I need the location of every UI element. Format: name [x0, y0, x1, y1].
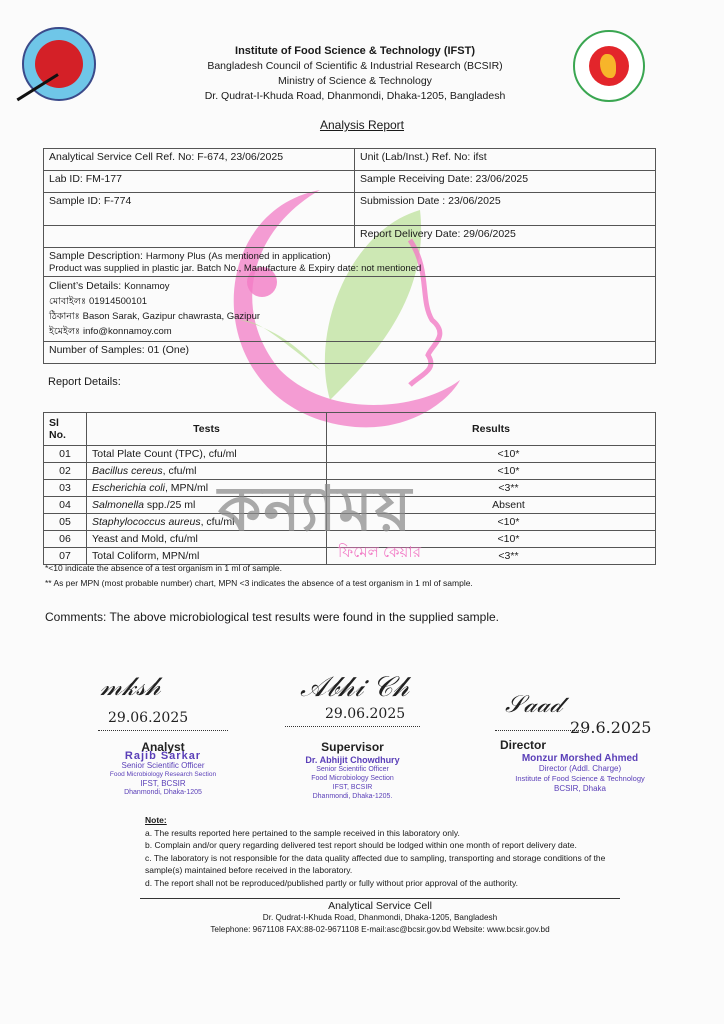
row-result: Absent — [327, 497, 656, 514]
note-b: b. Complain and/or query regarding deliv… — [145, 839, 615, 852]
report-title: Analysis Report — [0, 118, 724, 132]
footer-address: Dr. Qudrat-I-Khuda Road, Dhanmondi, Dhak… — [140, 912, 620, 924]
lab-id: Lab ID: FM-177 — [44, 171, 355, 193]
row-sl-no: 05 — [44, 514, 87, 531]
col-results: Results — [327, 413, 656, 446]
row-test: Salmonella spp./25 ml — [87, 497, 327, 514]
row-test: Total Plate Count (TPC), cfu/ml — [87, 446, 327, 463]
footer-contact: Telephone: 9671108 FAX:88-02-9671108 E-m… — [140, 924, 620, 936]
sample-id: Sample ID: F-774 — [44, 193, 355, 226]
row-result: <10* — [327, 531, 656, 548]
supervisor-stamp: Dr. Abhijit Chowdhury Senior Scientific … — [275, 756, 430, 801]
col-sl-no: SlNo. — [44, 413, 87, 446]
organism-name: Bacillus cereus — [92, 465, 163, 477]
col-tests: Tests — [87, 413, 327, 446]
row-sl-no: 06 — [44, 531, 87, 548]
notes-title: Note: — [145, 814, 615, 827]
unit-ref: Unit (Lab/Inst.) Ref. No: ifst — [355, 149, 656, 171]
result-row: 02Bacillus cereus, cfu/ml<10* — [44, 463, 656, 480]
client-name: Konnamoy — [124, 281, 169, 292]
row-test: Escherichia coli, MPN/ml — [87, 480, 327, 497]
row-result: <10* — [327, 514, 656, 531]
row-result: <3** — [327, 548, 656, 565]
row-test: Staphylococcus aureus, cfu/ml — [87, 514, 327, 531]
note-a: a. The results reported here pertained t… — [145, 827, 615, 840]
notes-section: Note: a. The results reported here perta… — [145, 814, 615, 889]
client-email: info@konnamoy.com — [83, 326, 172, 337]
analyst-stamp: Rajib Sarkar Senior Scientific Officer F… — [88, 752, 238, 797]
organism-name: Salmonella — [92, 499, 144, 511]
row-test: Bacillus cereus, cfu/ml — [87, 463, 327, 480]
result-row: 07Total Coliform, MPN/ml<3** — [44, 548, 656, 565]
supervisor-signature: 𝒜𝒷𝒽𝒾 𝒞𝒽 — [300, 670, 409, 704]
client-address: Bason Sarak, Gazipur chawrasta, Gazipur — [83, 311, 260, 322]
report-details-label: Report Details: — [48, 376, 121, 388]
footer-divider — [140, 898, 620, 899]
row-result: <3** — [327, 480, 656, 497]
row-result: <10* — [327, 463, 656, 480]
result-row: 01Total Plate Count (TPC), cfu/ml<10* — [44, 446, 656, 463]
row-sl-no: 07 — [44, 548, 87, 565]
director-signature: 𝒮𝒶𝒶𝒹 — [505, 690, 562, 718]
bcsir-logo — [22, 27, 96, 101]
sample-receiving-date: Sample Receiving Date: 23/06/2025 — [355, 171, 656, 193]
sample-info-table: Analytical Service Cell Ref. No: F-674, … — [43, 148, 656, 364]
ministry-name: Ministry of Science & Technology — [140, 74, 570, 89]
institute-address: Dr. Qudrat-I-Khuda Road, Dhanmondi, Dhak… — [140, 89, 570, 104]
supervisor-role: Supervisor — [285, 740, 420, 754]
institute-name: Institute of Food Science & Technology (… — [140, 44, 570, 59]
result-row: 06Yeast and Mold, cfu/ml<10* — [44, 531, 656, 548]
director-stamp: Monzur Morshed Ahmed Director (Addl. Cha… — [505, 754, 655, 794]
council-name: Bangladesh Council of Scientific & Indus… — [140, 59, 570, 74]
sample-description: Sample Description: Harmony Plus (As men… — [44, 248, 656, 277]
supervisor-sign-date: 29.06.2025 — [325, 706, 405, 722]
row-test: Yeast and Mold, cfu/ml — [87, 531, 327, 548]
note-c: c. The laboratory is not responsible for… — [145, 852, 615, 877]
results-table: SlNo. Tests Results 01Total Plate Count … — [43, 412, 656, 565]
institution-header: Institute of Food Science & Technology (… — [140, 44, 570, 104]
result-row: 03Escherichia coli, MPN/ml<3** — [44, 480, 656, 497]
client-mobile: 01914500101 — [89, 296, 147, 307]
row-sl-no: 04 — [44, 497, 87, 514]
sample-description-details: Product was supplied in plastic jar. Bat… — [49, 263, 421, 274]
note-d: d. The report shall not be reproduced/pu… — [145, 877, 615, 890]
row-sl-no: 02 — [44, 463, 87, 480]
comments: Comments: The above microbiological test… — [45, 610, 499, 624]
result-row: 04Salmonella spp./25 mlAbsent — [44, 497, 656, 514]
report-delivery-date: Report Delivery Date: 29/06/2025 — [355, 226, 656, 248]
submission-date: Submission Date : 23/06/2025 — [355, 193, 656, 226]
row-result: <10* — [327, 446, 656, 463]
organism-name: Staphylococcus aureus — [92, 516, 201, 528]
empty-cell — [44, 226, 355, 248]
analyst-signature: 𝓂𝓀𝓈𝒽 — [100, 672, 161, 703]
row-sl-no: 01 — [44, 446, 87, 463]
bangladesh-government-logo — [573, 30, 645, 102]
client-details: Client’s Details: Konnamoy মোবাইলঃ 01914… — [44, 277, 656, 342]
footnote-1: *<10 indicate the absence of a test orga… — [45, 563, 282, 573]
footnote-2: ** As per MPN (most probable number) cha… — [45, 578, 473, 588]
footer-title: Analytical Service Cell — [140, 900, 620, 912]
row-sl-no: 03 — [44, 480, 87, 497]
director-sign-date: 29.6.2025 — [570, 718, 651, 737]
analyst-sign-date: 29.06.2025 — [108, 710, 188, 726]
row-test: Total Coliform, MPN/ml — [87, 548, 327, 565]
number-of-samples: Number of Samples: 01 (One) — [44, 342, 656, 364]
result-row: 05Staphylococcus aureus, cfu/ml<10* — [44, 514, 656, 531]
sample-description-value: Harmony Plus (As mentioned in applicatio… — [146, 251, 331, 262]
director-role: Director — [500, 738, 580, 752]
footer: Analytical Service Cell Dr. Qudrat-I-Khu… — [140, 900, 620, 936]
service-cell-ref: Analytical Service Cell Ref. No: F-674, … — [44, 149, 355, 171]
organism-name: Escherichia coli — [92, 482, 165, 494]
